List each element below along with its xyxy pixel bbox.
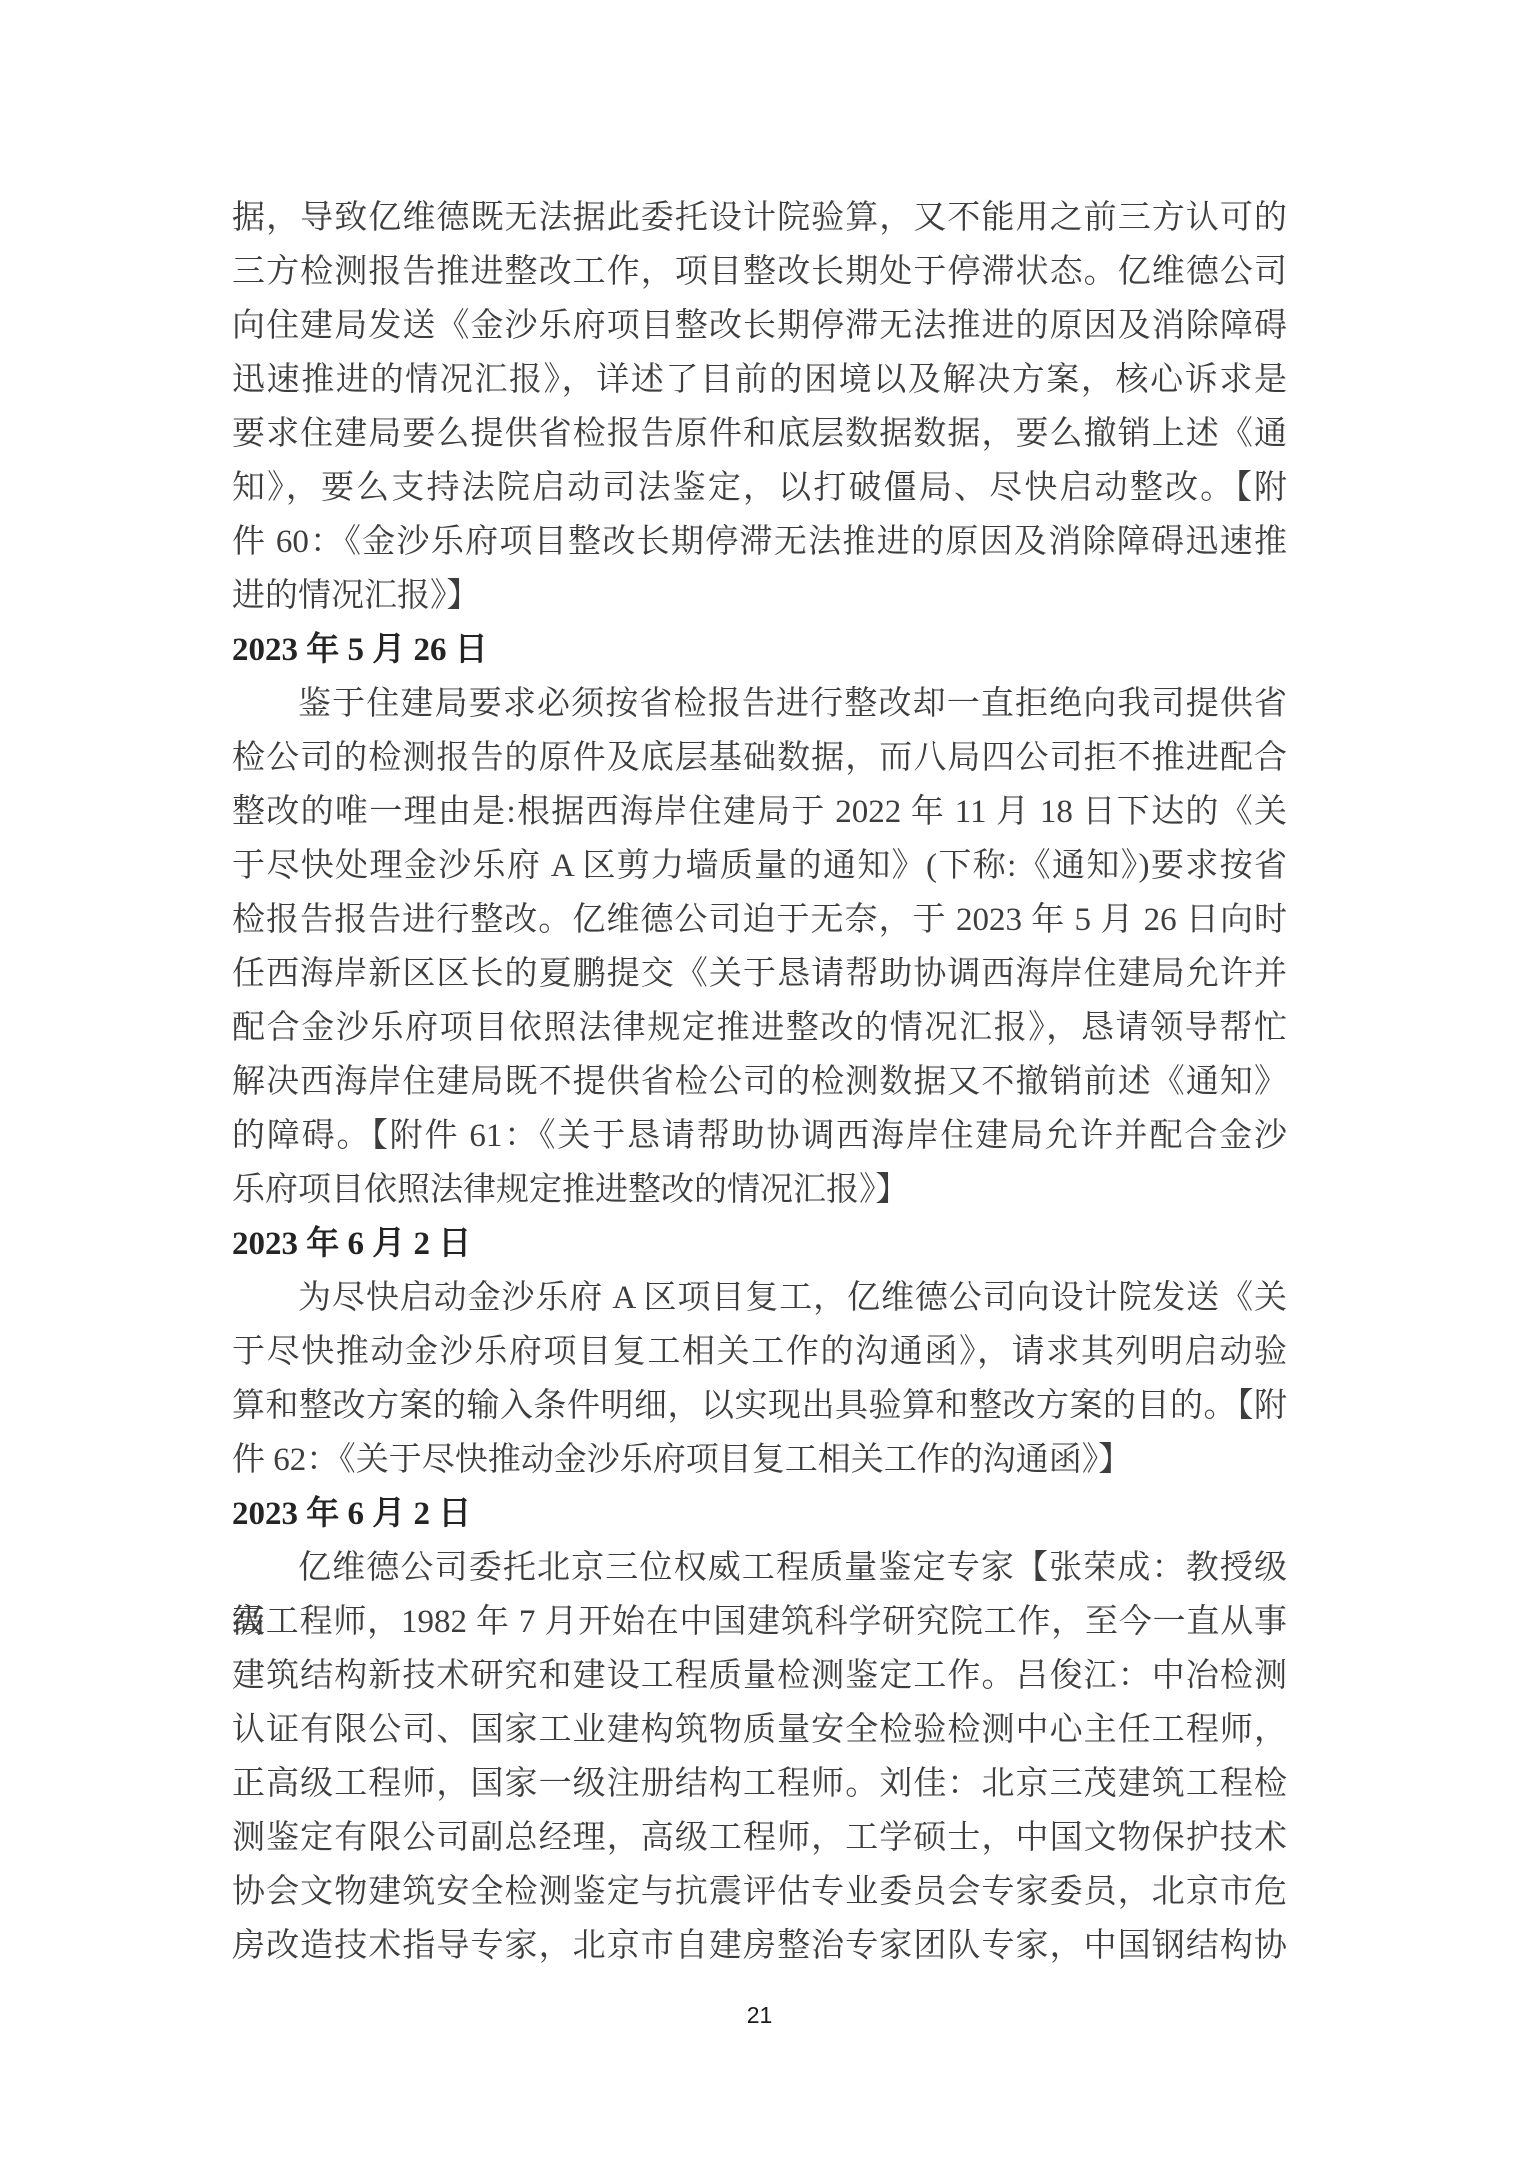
text-line: 任西海岸新区区长的夏鹏提交《关于恳请帮助协调西海岸住建局允许并 <box>232 947 1287 1001</box>
date-heading: 2023 年 6 月 2 日 <box>232 1217 1287 1271</box>
text-line: 整改的唯一理由是:根据西海岸住建局于 2022 年 11 月 18 日下达的《关 <box>232 785 1287 839</box>
date-heading: 2023 年 5 月 26 日 <box>232 623 1287 677</box>
text-line: 为尽快启动金沙乐府 A 区项目复工，亿维德公司向设计院发送《关 <box>232 1271 1287 1325</box>
text-line: 向住建局发送《金沙乐府项目整改长期停滞无法推进的原因及消除障碍 <box>232 299 1287 353</box>
text-line: 解决西海岸住建局既不提供省检公司的检测数据又不撤销前述《通知》 <box>232 1055 1287 1109</box>
text-line: 认证有限公司、国家工业建构筑物质量安全检验检测中心主任工程师， <box>232 1703 1287 1757</box>
text-line: 迅速推进的情况汇报》，详述了目前的困境以及解决方案，核心诉求是 <box>232 353 1287 407</box>
text-line: 要求住建局要么提供省检报告原件和底层数据数据，要么撤销上述《通 <box>232 407 1287 461</box>
text-line: 三方检测报告推进整改工作，项目整改长期处于停滞状态。亿维德公司 <box>232 245 1287 299</box>
document-text-block: 据，导致亿维德既无法据此委托设计院验算，又不能用之前三方认可的 三方检测报告推进… <box>232 191 1287 2032</box>
date-heading: 2023 年 6 月 2 日 <box>232 1487 1287 1541</box>
text-line: 房改造技术指导专家，北京市自建房整治专家团队专家，中国钢结构协 <box>232 1919 1287 1973</box>
text-line: 于尽快推动金沙乐府项目复工相关工作的沟通函》，请求其列明启动验 <box>232 1325 1287 1379</box>
text-line: 测鉴定有限公司副总经理，高级工程师，工学硕士，中国文物保护技术 <box>232 1811 1287 1865</box>
text-line: 亿维德公司委托北京三位权威工程质量鉴定专家【张荣成：教授级高 <box>232 1541 1287 1595</box>
text-line: 正高级工程师，国家一级注册结构工程师。刘佳：北京三茂建筑工程检 <box>232 1757 1287 1811</box>
text-line: 的障碍。【附件 61：《关于恳请帮助协调西海岸住建局允许并配合金沙 <box>232 1109 1287 1163</box>
text-line: 建筑结构新技术研究和建设工程质量检测鉴定工作。吕俊江：中冶检测 <box>232 1649 1287 1703</box>
text-line: 乐府项目依照法律规定推进整改的情况汇报》】 <box>232 1163 1287 1217</box>
text-line: 件 62：《关于尽快推动金沙乐府项目复工相关工作的沟通函》】 <box>232 1433 1287 1487</box>
text-line: 检报告报告进行整改。亿维德公司迫于无奈，于 2023 年 5 月 26 日向时 <box>232 893 1287 947</box>
text-line: 于尽快处理金沙乐府 A 区剪力墙质量的通知》(下称:《通知》)要求按省 <box>232 839 1287 893</box>
text-line: 知》，要么支持法院启动司法鉴定，以打破僵局、尽快启动整改。【附 <box>232 461 1287 515</box>
document-page: 据，导致亿维德既无法据此委托设计院验算，又不能用之前三方认可的 三方检测报告推进… <box>0 0 1527 2160</box>
page-number: 21 <box>232 1999 1287 2032</box>
text-line: 据，导致亿维德既无法据此委托设计院验算，又不能用之前三方认可的 <box>232 191 1287 245</box>
text-line: 件 60：《金沙乐府项目整改长期停滞无法推进的原因及消除障碍迅速推 <box>232 515 1287 569</box>
text-line: 级工程师，1982 年 7 月开始在中国建筑科学研究院工作，至今一直从事 <box>232 1595 1287 1649</box>
text-line: 配合金沙乐府项目依照法律规定推进整改的情况汇报》，恳请领导帮忙 <box>232 1001 1287 1055</box>
text-line: 进的情况汇报》】 <box>232 569 1287 623</box>
text-line: 检公司的检测报告的原件及底层基础数据，而八局四公司拒不推进配合 <box>232 731 1287 785</box>
text-line: 鉴于住建局要求必须按省检报告进行整改却一直拒绝向我司提供省 <box>232 677 1287 731</box>
text-line: 协会文物建筑安全检测鉴定与抗震评估专业委员会专家委员，北京市危 <box>232 1865 1287 1919</box>
text-line: 算和整改方案的输入条件明细，以实现出具验算和整改方案的目的。【附 <box>232 1379 1287 1433</box>
